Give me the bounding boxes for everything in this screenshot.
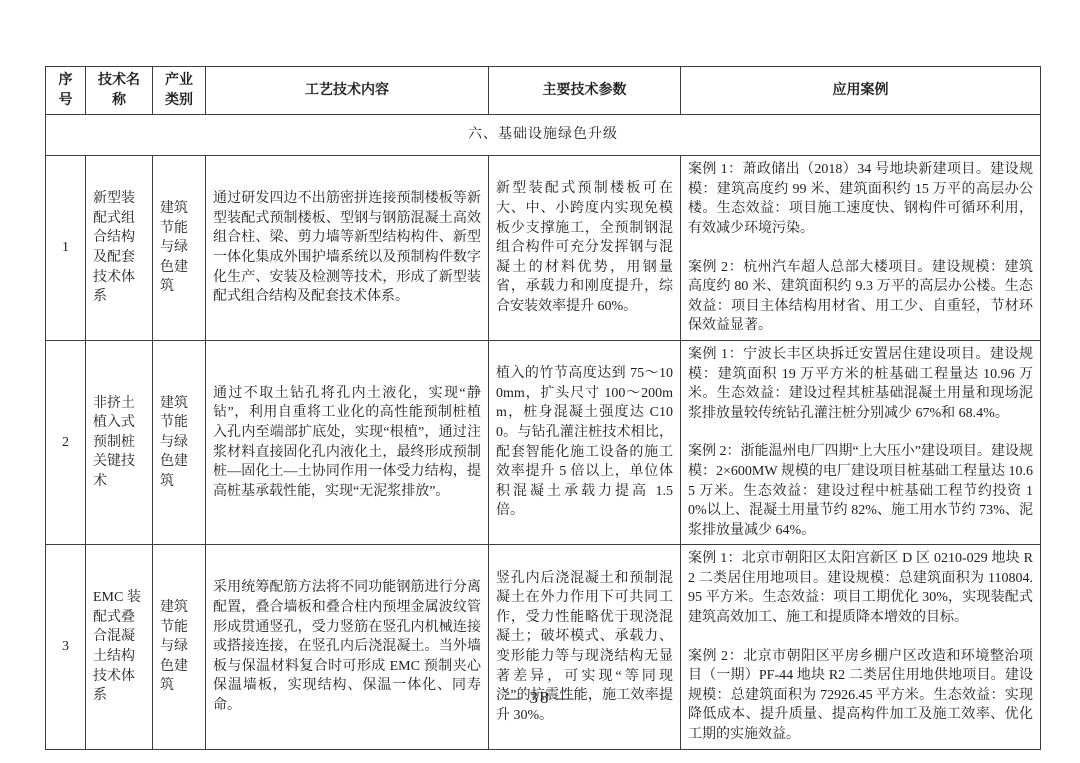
application-cases: 案例 1：萧政储出（2018）34 号地块新建项目。建设规模：建筑高度约 99 … bbox=[681, 156, 1041, 341]
header-seq-no: 序号 bbox=[46, 67, 86, 115]
tech-name: 新型装配式组合结构及配套技术体系 bbox=[86, 156, 153, 341]
header-application-cases: 应用案例 bbox=[681, 67, 1041, 115]
case-paragraph: 案例 2：浙能温州电厂四期“上大压小”建设项目。建设规模：2×600MW 规模的… bbox=[688, 442, 1033, 540]
row-number: 1 bbox=[46, 156, 86, 341]
header-tech-params: 主要技术参数 bbox=[489, 67, 681, 115]
tech-params: 植入的竹节高度达到 75～100mm，扩头尺寸 100～200mm，桩身混凝土强… bbox=[489, 340, 681, 544]
industry-category: 建筑节能与绿色建筑 bbox=[153, 340, 206, 544]
tech-row: 2 非挤土植入式预制桩关键技术 建筑节能与绿色建筑 通过不取土钻孔将孔内土液化，… bbox=[46, 340, 1041, 544]
tech-row: 3 EMC 装配式叠合混凝土结构技术体系 建筑节能与绿色建筑 采用统筹配筋方法将… bbox=[46, 545, 1041, 749]
tech-row: 1 新型装配式组合结构及配套技术体系 建筑节能与绿色建筑 通过研发四边不出筋密拼… bbox=[46, 156, 1041, 341]
header-process-content: 工艺技术内容 bbox=[206, 67, 489, 115]
industry-category: 建筑节能与绿色建筑 bbox=[153, 545, 206, 749]
process-content: 采用统筹配筋方法将不同功能钢筋进行分离配置，叠合墙板和叠合柱内预埋金属波纹管形成… bbox=[206, 545, 489, 749]
tech-params: 新型装配式预制楼板可在大、中、小跨度内实现免模板少支撑施工，全预制钢混组合构件可… bbox=[489, 156, 681, 341]
process-content: 通过不取土钻孔将孔内土液化，实现“静钻”，利用自重将工业化的高性能预制桩植入孔内… bbox=[206, 340, 489, 544]
page-number: — 38 — bbox=[0, 688, 1080, 708]
tech-name: 非挤土植入式预制桩关键技术 bbox=[86, 340, 153, 544]
section-row: 六、基础设施绿色升级 bbox=[46, 115, 1041, 156]
section-title: 六、基础设施绿色升级 bbox=[46, 115, 1041, 156]
process-content: 通过研发四边不出筋密拼连接预制楼板等新型装配式预制楼板、型钢与钢筋混凝土高效组合… bbox=[206, 156, 489, 341]
header-tech-name: 技术名称 bbox=[86, 67, 153, 115]
row-number: 3 bbox=[46, 545, 86, 749]
case-paragraph: 案例 1：宁波长丰区块拆迁安置居住建设项目。建设规模：建筑面积 19 万平方米的… bbox=[688, 345, 1033, 423]
case-paragraph: 案例 1：北京市朝阳区太阳宫新区 D 区 0210-029 地块 R2 二类居住… bbox=[688, 549, 1033, 627]
row-number: 2 bbox=[46, 340, 86, 544]
technology-table: 序号 技术名称 产业类别 工艺技术内容 主要技术参数 应用案例 六、基础设施绿色… bbox=[45, 66, 1041, 750]
application-cases: 案例 1：宁波长丰区块拆迁安置居住建设项目。建设规模：建筑面积 19 万平方米的… bbox=[681, 340, 1041, 544]
tech-name: EMC 装配式叠合混凝土结构技术体系 bbox=[86, 545, 153, 749]
tech-params: 竖孔内后浇混凝土和预制混凝土在外力作用下可共同工作，受力性能略优于现浇混凝土；破… bbox=[489, 545, 681, 749]
header-industry-category: 产业类别 bbox=[153, 67, 206, 115]
case-paragraph: 案例 1：萧政储出（2018）34 号地块新建项目。建设规模：建筑高度约 99 … bbox=[688, 160, 1033, 238]
application-cases: 案例 1：北京市朝阳区太阳宫新区 D 区 0210-029 地块 R2 二类居住… bbox=[681, 545, 1041, 749]
header-row: 序号 技术名称 产业类别 工艺技术内容 主要技术参数 应用案例 bbox=[46, 67, 1041, 115]
document-page: 序号 技术名称 产业类别 工艺技术内容 主要技术参数 应用案例 六、基础设施绿色… bbox=[0, 0, 1080, 763]
case-paragraph: 案例 2：杭州汽车超人总部大楼项目。建设规模：建筑高度约 80 米、建筑面积约 … bbox=[688, 258, 1033, 336]
industry-category: 建筑节能与绿色建筑 bbox=[153, 156, 206, 341]
